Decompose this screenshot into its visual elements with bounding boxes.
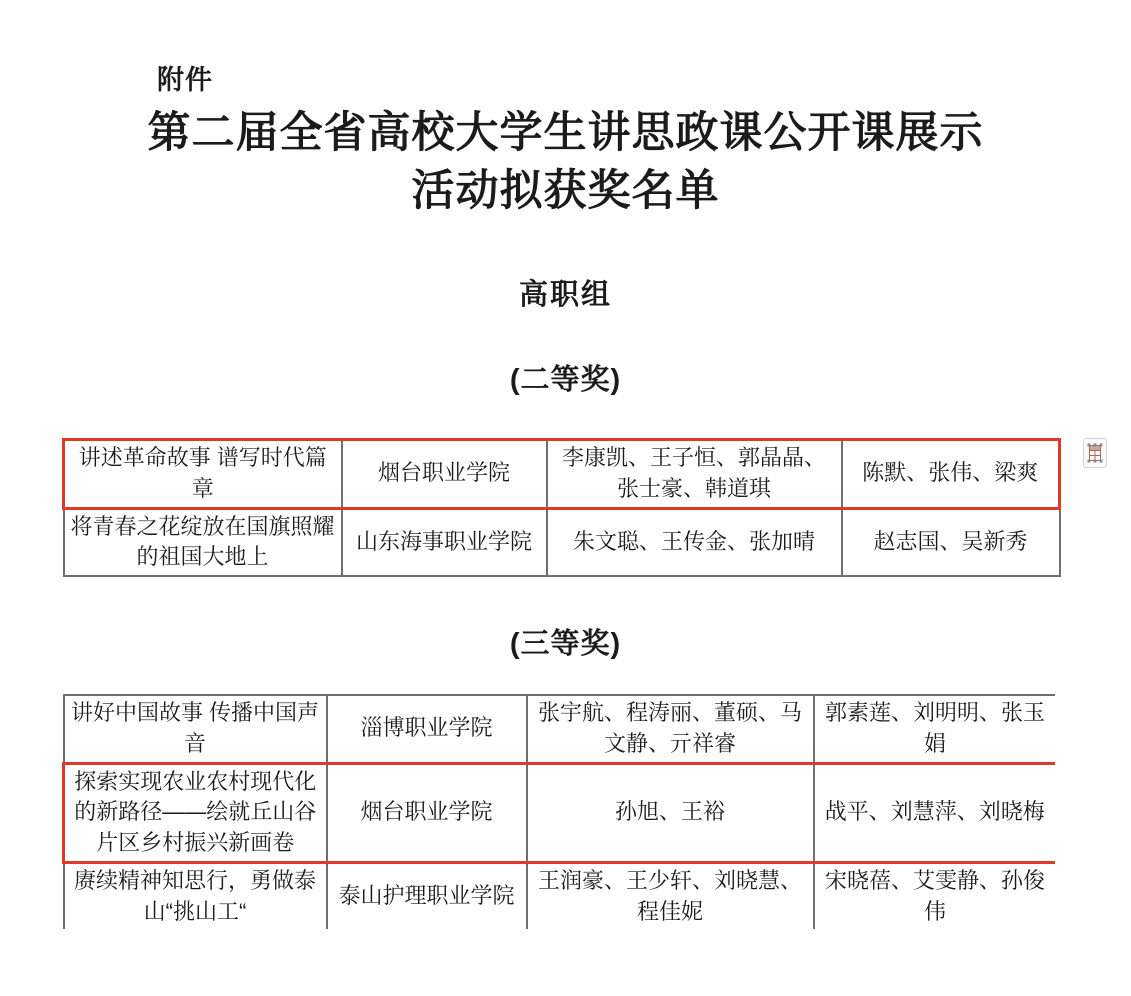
attachment-label: 附件	[157, 58, 213, 97]
table-select-icon[interactable]	[1083, 438, 1107, 468]
students-cell: 王润豪、王少轩、刘晓慧、程佳妮	[527, 862, 814, 929]
students-cell: 李康凯、王子恒、郭晶晶、张士豪、韩道琪	[547, 440, 842, 509]
school-cell: 淄博职业学院	[327, 695, 527, 763]
students-cell: 孙旭、王裕	[527, 763, 814, 862]
teachers-cell: 战平、刘慧萍、刘晓梅	[814, 763, 1056, 862]
title-line-1: 第二届全省高校大学生讲思政课公开课展示	[0, 104, 1131, 162]
school-cell: 泰山护理职业学院	[327, 862, 527, 929]
topic-cell: 讲述革命故事 谱写时代篇章	[64, 440, 342, 509]
table-grid-glyph	[1087, 442, 1103, 464]
document-title: 第二届全省高校大学生讲思政课公开课展示 活动拟获奖名单	[0, 104, 1131, 221]
topic-cell: 讲好中国故事 传播中国声音	[64, 695, 327, 763]
teachers-cell: 陈默、张伟、梁爽	[842, 440, 1060, 509]
topic-cell: 将青春之花绽放在国旗照耀的祖国大地上	[64, 508, 342, 576]
table-row-highlighted: 讲述革命故事 谱写时代篇章 烟台职业学院 李康凯、王子恒、郭晶晶、张士豪、韩道琪…	[64, 440, 1060, 509]
teachers-cell: 郭素莲、刘明明、张玉娟	[814, 695, 1056, 763]
teachers-cell: 宋晓蓓、艾雯静、孙俊伟	[814, 862, 1056, 929]
award-heading-second-prize: (二等奖)	[0, 357, 1131, 398]
group-heading: 高职组	[0, 272, 1131, 313]
third-prize-table: 讲好中国故事 传播中国声音 淄博职业学院 张宇航、程涛丽、董硕、马文静、亓祥睿 …	[62, 694, 1055, 929]
second-prize-table: 讲述革命故事 谱写时代篇章 烟台职业学院 李康凯、王子恒、郭晶晶、张士豪、韩道琪…	[62, 438, 1058, 577]
topic-cell: 探索实现农业农村现代化的新路径——绘就丘山谷片区乡村振兴新画卷	[64, 763, 327, 862]
title-line-2: 活动拟获奖名单	[0, 162, 1131, 220]
table-row-highlighted: 探索实现农业农村现代化的新路径——绘就丘山谷片区乡村振兴新画卷 烟台职业学院 孙…	[64, 763, 1056, 862]
table-row: 讲好中国故事 传播中国声音 淄博职业学院 张宇航、程涛丽、董硕、马文静、亓祥睿 …	[64, 695, 1056, 763]
teachers-cell: 赵志国、吴新秀	[842, 508, 1060, 576]
table-row: 赓续精神知思行，勇做泰山“挑山工“ 泰山护理职业学院 王润豪、王少轩、刘晓慧、程…	[64, 862, 1056, 929]
topic-cell: 赓续精神知思行，勇做泰山“挑山工“	[64, 862, 327, 929]
school-cell: 烟台职业学院	[327, 763, 527, 862]
school-cell: 烟台职业学院	[342, 440, 547, 509]
students-cell: 张宇航、程涛丽、董硕、马文静、亓祥睿	[527, 695, 814, 763]
award-heading-third-prize: (三等奖)	[0, 621, 1131, 662]
school-cell: 山东海事职业学院	[342, 508, 547, 576]
table-row: 将青春之花绽放在国旗照耀的祖国大地上 山东海事职业学院 朱文聪、王传金、张加晴 …	[64, 508, 1060, 576]
students-cell: 朱文聪、王传金、张加晴	[547, 508, 842, 576]
